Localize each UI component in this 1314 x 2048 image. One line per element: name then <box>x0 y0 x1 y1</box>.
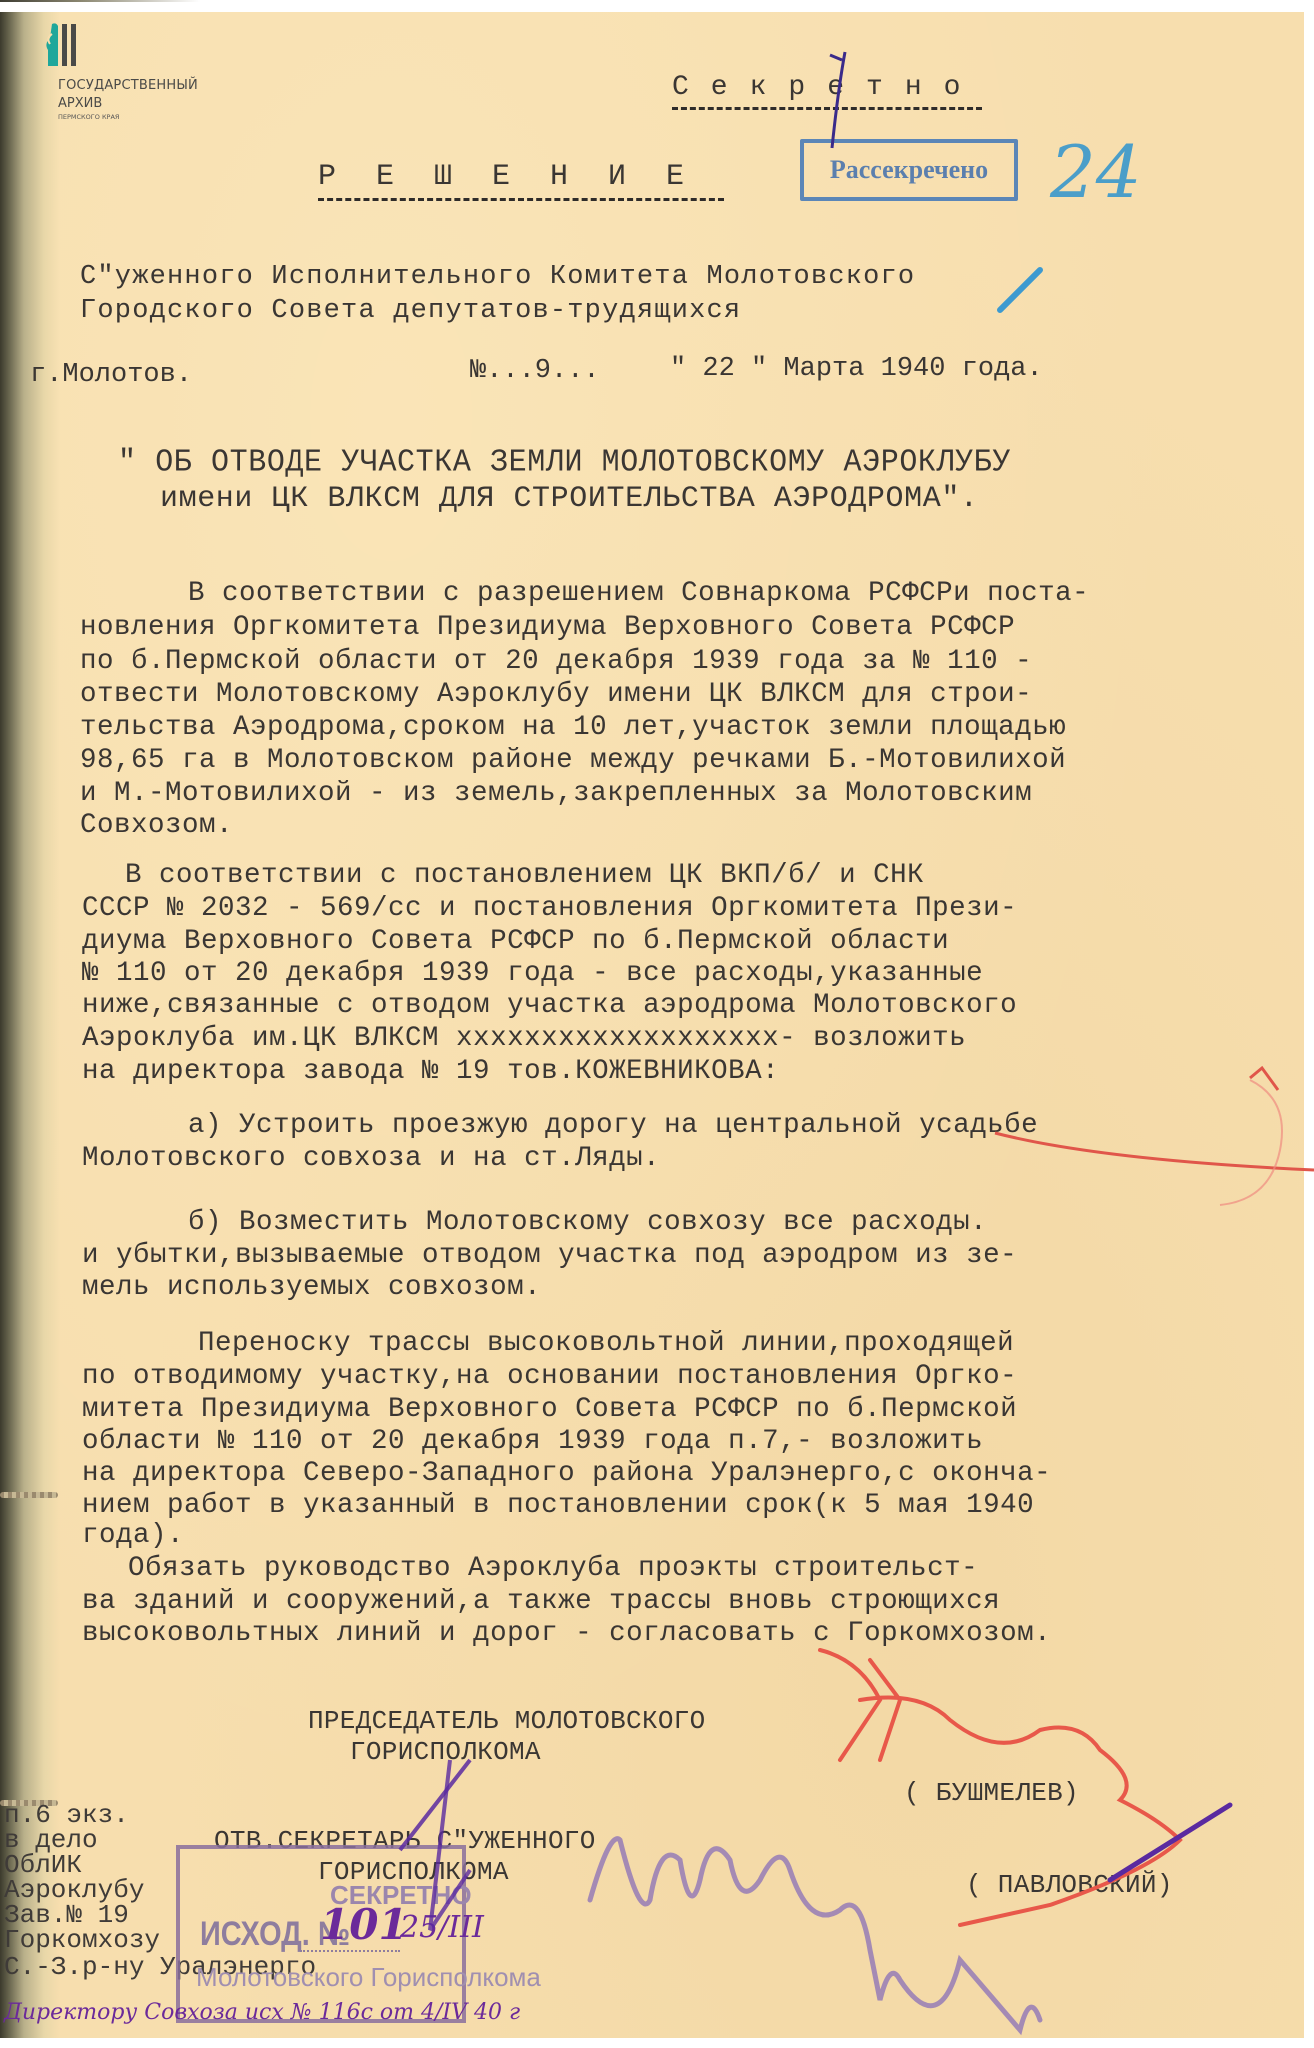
chair-title-line2: ГОРИСПОЛКОМА <box>350 1737 541 1767</box>
distribution-line: Горкомхозу <box>4 1925 160 1955</box>
para1-line: Совхозом. <box>80 810 233 841</box>
para2-line: СССР № 2032 - 569/сс и постановления Орг… <box>82 893 1017 924</box>
para1-line: отвести Молотовскому Аэроклубу имени ЦК … <box>80 679 1032 710</box>
chair-name: ( БУШМЕЛЕВ) <box>904 1778 1079 1808</box>
decision-date: " 22 " Марта 1940 года. <box>670 354 1043 384</box>
outgoing-number: 101 <box>320 1900 408 1949</box>
para3-line: на директора Северо-Западного района Ура… <box>82 1458 1051 1489</box>
para1-line: 98,65 га в Молотовском районе между речк… <box>80 745 1066 776</box>
binding-top-edge <box>0 0 200 2</box>
para2-line: ниже,связанные с отводом участка аэродро… <box>82 990 1017 1021</box>
para2-line: В соответствии с постановлением ЦК ВКП/б… <box>125 860 924 891</box>
para1-line: В соответствии с разрешением Совнаркома … <box>188 578 1089 609</box>
para2-line: на директора завода № 19 тов.КОЖЕВНИКОВА… <box>82 1056 779 1087</box>
subject-line-1: " ОБ ОТВОДЕ УЧАСТКА ЗЕМЛИ МОЛОТОВСКОМУ А… <box>118 445 1011 481</box>
item-a-line: а) Устроить проезжую дорогу на центральн… <box>188 1110 1038 1141</box>
para1-line: и М.-Мотовилихой - из земель,закрепленны… <box>80 778 1032 809</box>
para3-line: года). <box>82 1520 184 1551</box>
para2-line: диума Верховного Совета РСФСР по б.Пермс… <box>82 926 949 957</box>
issuer-line-1: С"уженного Исполнительного Комитета Моло… <box>80 262 915 292</box>
para2-line: Аэроклуба им.ЦК ВЛКСМ хххххххххххххххххх… <box>82 1023 966 1054</box>
para3-line: нием работ в указанный в постановлении с… <box>82 1490 1034 1521</box>
para3-line: митета Президиума Верховного Совета РСФС… <box>82 1394 1017 1425</box>
declassified-stamp: Рассекречено <box>800 139 1018 201</box>
item-b-line: и убытки,вызываемые отводом участка под … <box>82 1240 1017 1271</box>
para2-line: № 110 от 20 декабря 1939 года - все расх… <box>82 958 983 989</box>
document-title: РЕШЕНИЕ <box>318 160 724 201</box>
handwritten-note: Директору Совхоза исх № 116с от 4/IV 40 … <box>4 2000 520 2025</box>
issuer-line-2: Городского Совета депутатов-трудящихся <box>80 296 741 326</box>
outgoing-stamp-dotted-line <box>300 1950 400 1952</box>
city: г.Молотов. <box>30 360 192 390</box>
para1-line: тельства Аэродрома,сроком на 10 лет,учас… <box>80 712 1066 743</box>
chair-title-line1: ПРЕДСЕДАТЕЛЬ МОЛОТОВСКОГО <box>308 1706 706 1736</box>
item-b-line: мель используемых совхозом. <box>82 1272 541 1303</box>
para4-line: ва зданий и сооружений,а также трассы вн… <box>82 1586 1000 1617</box>
secretary-name: ( ПАВЛОВСКИЙ) <box>966 1870 1173 1900</box>
classification-label: Секретно <box>672 72 982 110</box>
logo-text-line1: ГОСУДАРСТВЕННЫЙ <box>58 78 198 93</box>
para3-line: области № 110 от 20 декабря 1939 года п.… <box>82 1426 983 1457</box>
para4-line: Обязать руководство Аэроклуба проэкты ст… <box>128 1553 978 1584</box>
subject-line-2: имени ЦК ВЛКСМ ДЛЯ СТРОИТЕЛЬСТВА АЭРОДРО… <box>160 482 979 516</box>
sheet-number: 24 <box>1050 130 1142 214</box>
para3-line: по отводимому участку,на основании поста… <box>82 1361 1017 1392</box>
binding-shadow <box>0 12 60 2038</box>
logo-text-line3: ПЕРМСКОГО КРАЯ <box>58 113 119 121</box>
logo-text-line2: АРХИВ <box>58 96 102 111</box>
binding-thread <box>0 1492 58 1498</box>
item-a-line: Молотовского совхоза и на ст.Ляды. <box>82 1143 660 1174</box>
para3-line: Переноску трассы высоковольтной линии,пр… <box>198 1328 1014 1359</box>
outgoing-stamp-footer: Молотовского Горисполкома <box>196 1962 541 1993</box>
outgoing-date: 25/III <box>400 1910 484 1945</box>
para1-line: новления Оргкомитета Президиума Верховно… <box>80 612 1015 643</box>
archive-emblem-icon <box>42 20 92 68</box>
para1-line: по б.Пермской области от 20 декабря 1939… <box>80 646 1032 677</box>
decision-number: №...9... <box>470 356 600 386</box>
item-b-line: б) Возместить Молотовскому совхозу все р… <box>188 1207 987 1238</box>
para4-line: высоковольтных линий и дорог - согласова… <box>82 1618 1051 1649</box>
